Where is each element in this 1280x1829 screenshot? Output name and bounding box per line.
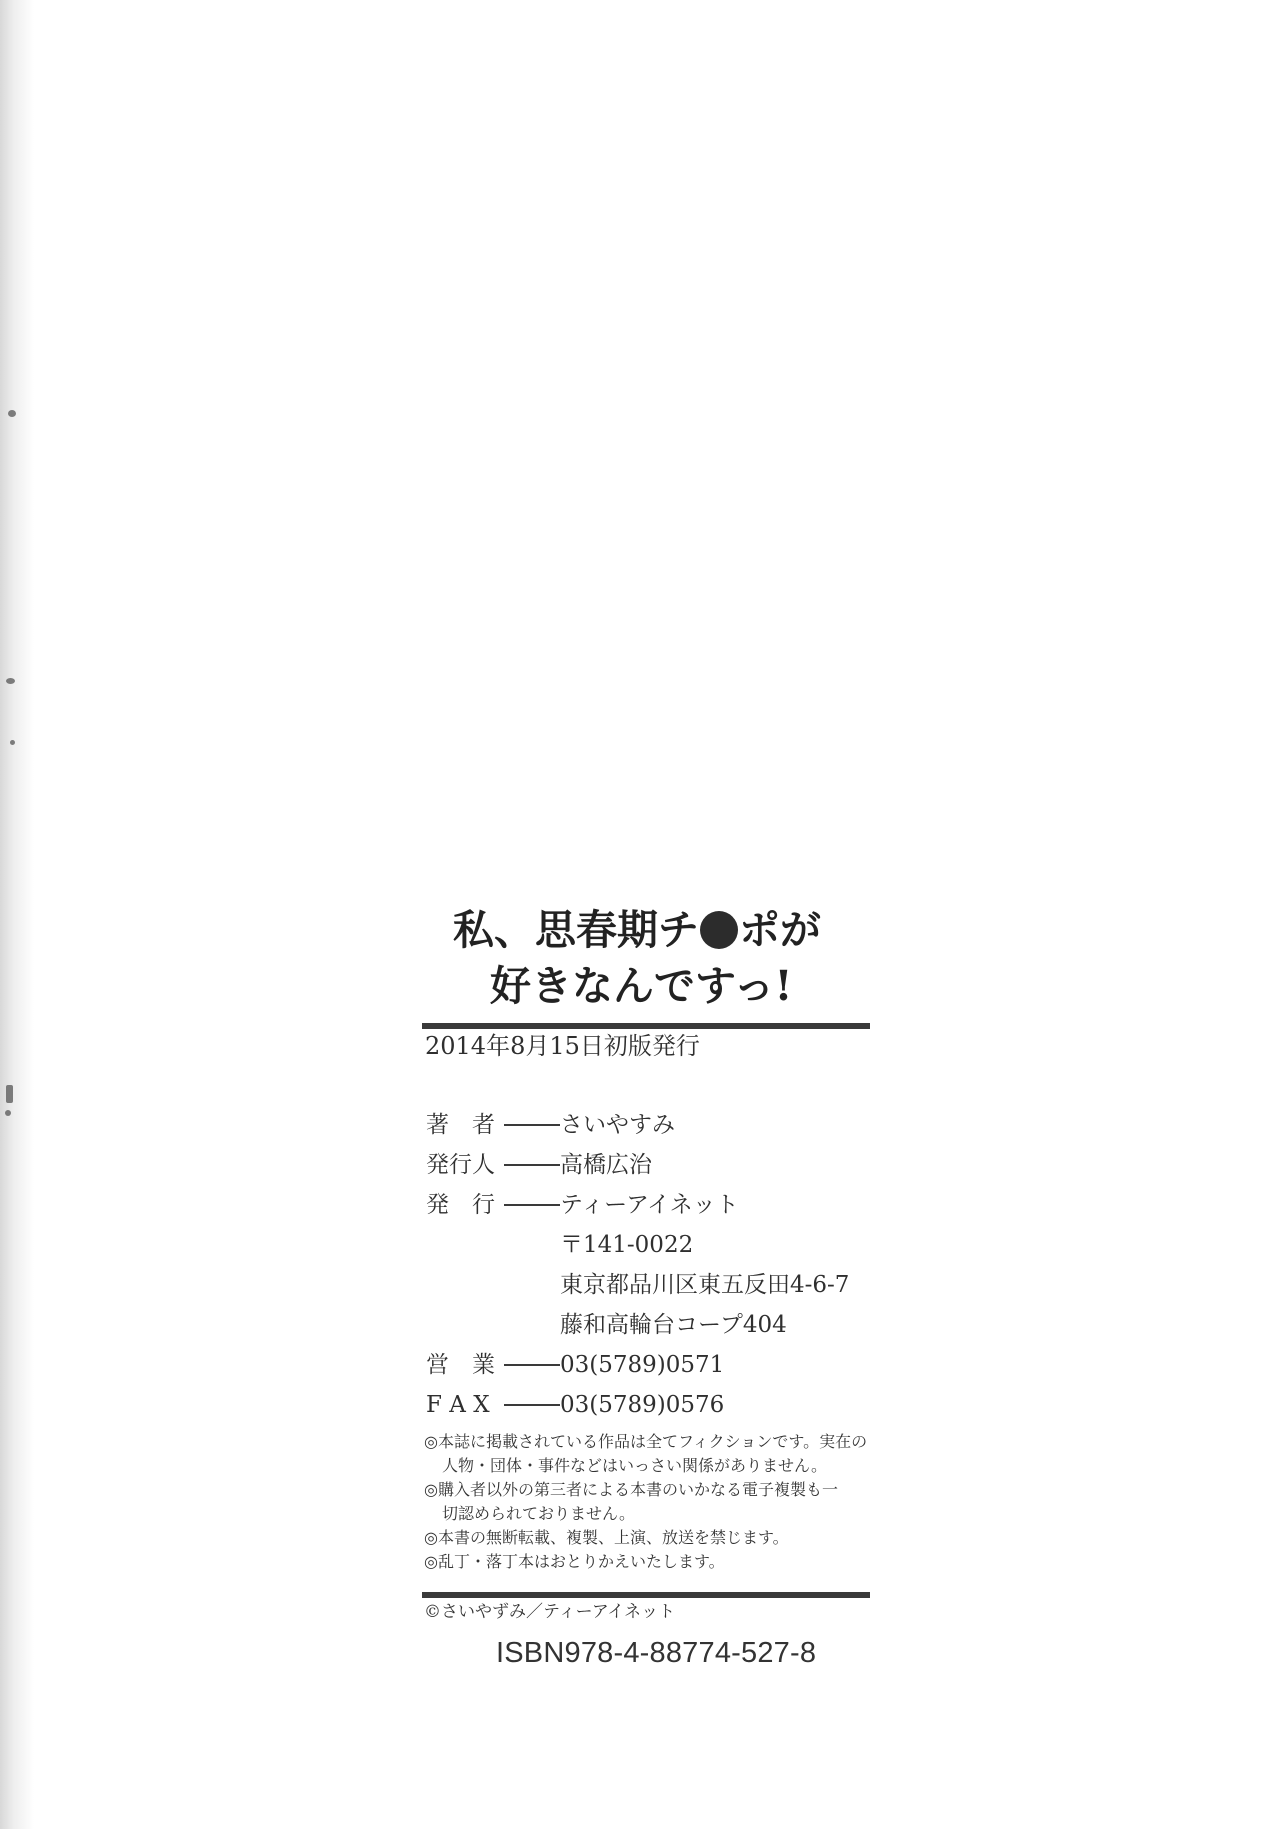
leader-dash: [504, 1204, 560, 1206]
title-text-1a: 私、思春期チ: [453, 906, 699, 954]
colophon-value: 〒141-0022: [560, 1229, 693, 1261]
scan-speck: [8, 410, 16, 417]
leader-dash: [504, 1364, 560, 1366]
notice-line: 切認められておりません。: [442, 1502, 635, 1526]
notice-line: ◎本誌に掲載されている作品は全てフィクションです。実在の: [424, 1430, 867, 1454]
scan-edge-strip: [0, 0, 34, 1829]
colophon-label: 発 行: [426, 1189, 502, 1221]
notice-line: ◎購入者以外の第三者による本書のいかなる電子複製も一: [424, 1478, 838, 1502]
publication-date: 2014年8月15日初版発行: [425, 1031, 700, 1061]
scan-speck: [5, 1110, 11, 1116]
book-title-line-2: 好きなんですっ!: [490, 962, 793, 1010]
leader-dash: [504, 1124, 560, 1126]
isbn-number: ISBN978-4-88774-527-8: [496, 1636, 816, 1670]
colophon-value: 高橋広治: [560, 1149, 652, 1181]
book-title-line-1: 私、思春期チポが: [453, 906, 821, 954]
leader-dash: [504, 1164, 560, 1166]
notice-line: ◎本書の無断転載、複製、上演、放送を禁じます。: [424, 1526, 789, 1550]
colophon-value: 03(5789)0571: [560, 1349, 724, 1381]
notice-line: 人物・団体・事件などはいっさい関係がありません。: [442, 1454, 827, 1478]
colophon-label: 発行人: [426, 1149, 502, 1181]
colophon-value: ティーアイネット: [560, 1189, 739, 1221]
scan-speck: [6, 678, 15, 684]
top-rule-divider: [422, 1023, 870, 1029]
colophon-value: 藤和高輪台コープ404: [560, 1309, 787, 1341]
scan-speck: [6, 1085, 13, 1103]
leader-dash: [504, 1404, 560, 1406]
colophon-value: 東京都品川区東五反田4-6-7: [560, 1269, 849, 1301]
title-text-1b: ポが: [739, 906, 821, 954]
colophon-label: 著 者: [426, 1109, 502, 1141]
colophon-value: 03(5789)0576: [560, 1389, 724, 1421]
copyright-notice: ©さいやずみ／ティーアイネット: [424, 1600, 675, 1624]
scan-speck: [10, 740, 15, 745]
notice-line: ◎乱丁・落丁本はおとりかえいたします。: [424, 1550, 725, 1574]
censor-dot-icon: [700, 911, 738, 949]
colophon-label: F A X: [426, 1389, 502, 1421]
colophon-label: 営 業: [426, 1349, 502, 1381]
colophon-value: さいやすみ: [560, 1109, 675, 1141]
title-text-2: 好きなんですっ!: [490, 962, 793, 1010]
bottom-rule-divider: [422, 1592, 870, 1598]
